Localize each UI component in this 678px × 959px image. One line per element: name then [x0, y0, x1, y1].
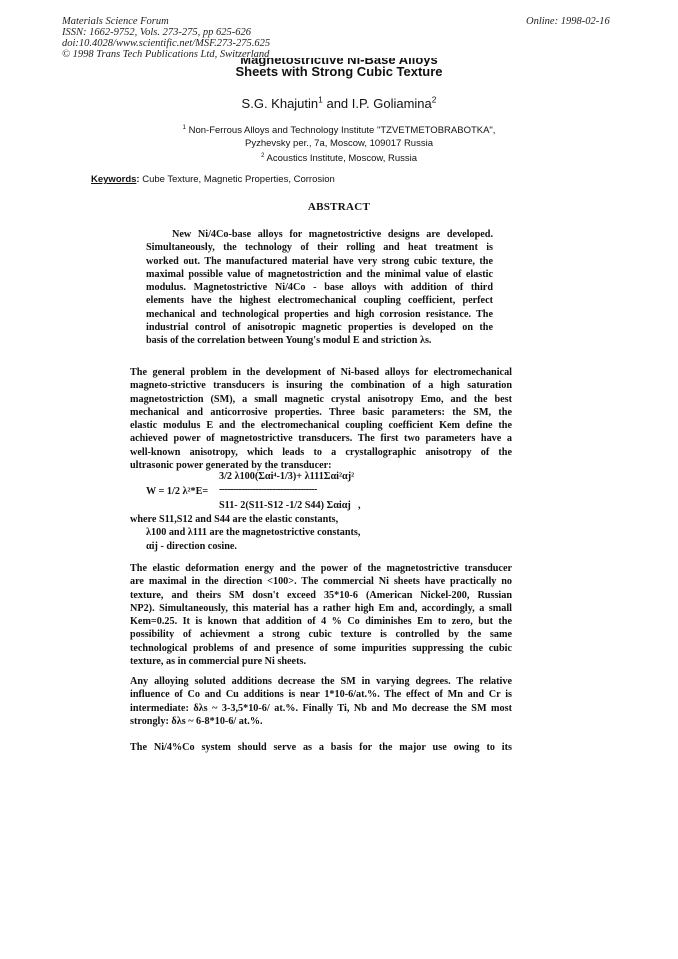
formula-trailing-comma: ,	[358, 499, 361, 512]
body-paragraph-3: Any alloying soluted additions decrease …	[130, 675, 512, 728]
authors: S.G. Khajutin1 and I.P. Goliamina2	[0, 96, 678, 111]
where-line-1: where S11,S12 and S44 are the elastic co…	[130, 513, 338, 526]
abstract-text: New Ni/4Co-base alloys for magnetostrict…	[146, 228, 493, 348]
issn-line: ISSN: 1662-9752, Vols. 273-275, pp 625-6…	[62, 27, 270, 38]
body-paragraph-4: The Ni/4%Co system should serve as a bas…	[130, 741, 512, 754]
formula-fraction-bar: -----------------------------------	[219, 483, 317, 496]
author-2: I.P. Goliamina	[352, 96, 432, 111]
keywords-list: Cube Texture, Magnetic Properties, Corro…	[140, 174, 335, 185]
formula-numerator: 3/2 λ100(Σαi⁴-1/3)+ λ111Σαi²αj²	[219, 470, 354, 483]
where-line-3: αij - direction cosine.	[146, 540, 237, 553]
affiliation-1: 1 Non-Ferrous Alloys and Technology Inst…	[0, 124, 678, 150]
body-paragraph-1: The general problem in the development o…	[130, 366, 512, 472]
keywords: Keywords: Cube Texture, Magnetic Propert…	[91, 174, 335, 185]
author-2-affil-mark: 2	[432, 95, 437, 105]
online-date: Online: 1998-02-16	[526, 16, 610, 27]
keywords-label: Keywords	[91, 174, 136, 185]
journal-name: Materials Science Forum	[62, 16, 270, 27]
title-line-2: Sheets with Strong Cubic Texture	[0, 64, 678, 79]
abstract-heading: ABSTRACT	[0, 201, 678, 213]
author-connector: and	[323, 96, 352, 111]
where-line-2: λ100 and λ111 are the magnetostrictive c…	[146, 526, 360, 539]
affiliation-2: 2 Acoustics Institute, Moscow, Russia	[0, 152, 678, 165]
doi-line[interactable]: doi:10.4028/www.scientific.net/MSF.273-2…	[62, 38, 270, 49]
author-1: S.G. Khajutin	[242, 96, 319, 111]
formula-lhs: W = 1/2 λ²*E=	[146, 485, 208, 498]
journal-header: Materials Science Forum ISSN: 1662-9752,…	[62, 16, 270, 60]
body-paragraph-2: The elastic deformation energy and the p…	[130, 562, 512, 668]
formula-denominator: S11- 2(S11-S12 -1/2 S44) Σαiαj	[219, 499, 351, 512]
